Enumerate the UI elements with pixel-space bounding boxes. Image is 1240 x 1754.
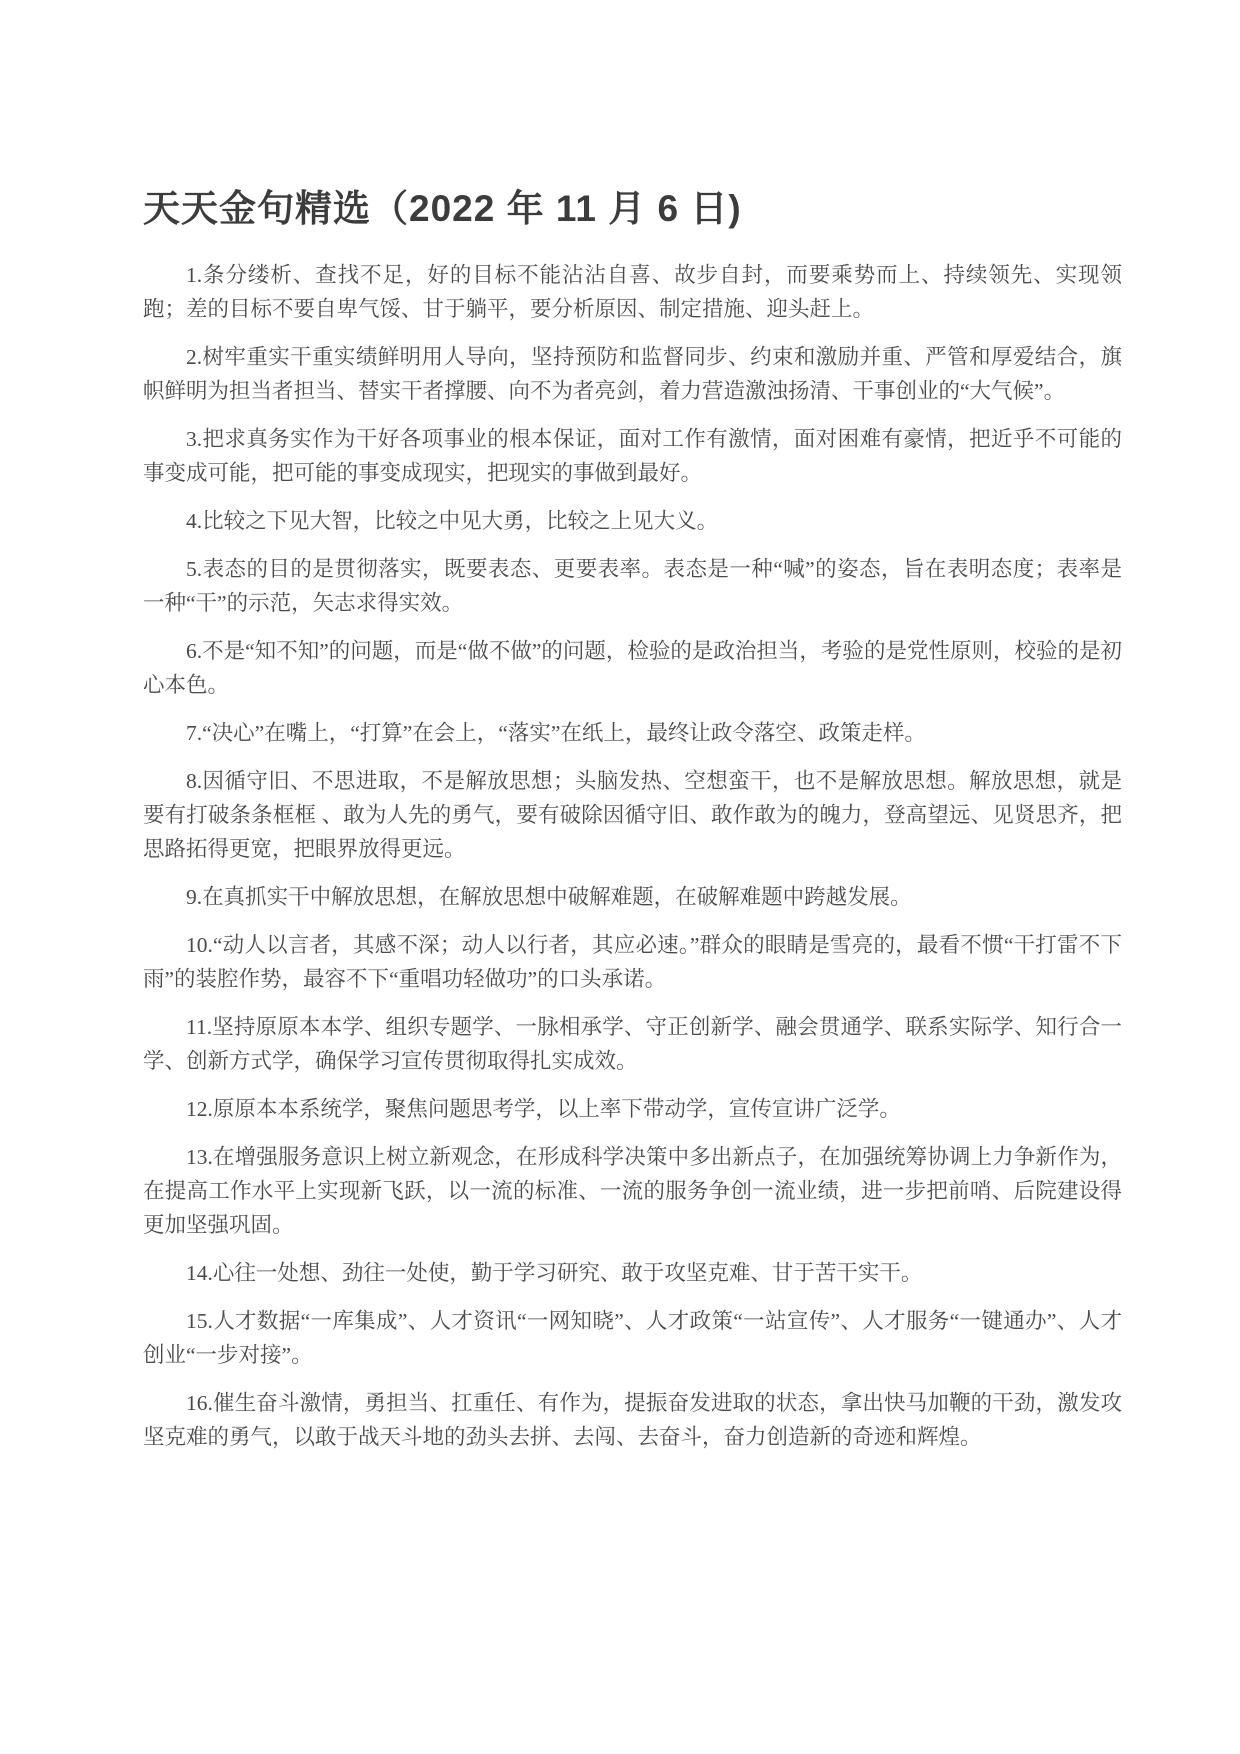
paragraph-12: 12.原原本本系统学，聚焦问题思考学，以上率下带动学，宣传宣讲广泛学。 xyxy=(143,1092,1122,1126)
paragraph-3: 3.把求真务实作为干好各项事业的根本保证，面对工作有激情，面对困难有豪情，把近乎… xyxy=(143,422,1122,490)
paragraph-1: 1.条分缕析、查找不足，好的目标不能沾沾自喜、故步自封，而要乘势而上、持续领先、… xyxy=(143,258,1122,326)
paragraph-10: 10.“动人以言者，其感不深；动人以行者，其应必速。”群众的眼睛是雪亮的，最看不… xyxy=(143,928,1122,996)
document-body: 1.条分缕析、查找不足，好的目标不能沾沾自喜、故步自封，而要乘势而上、持续领先、… xyxy=(143,258,1122,1454)
paragraph-8: 8.因循守旧、不思进取，不是解放思想；头脑发热、空想蛮干，也不是解放思想。解放思… xyxy=(143,764,1122,866)
paragraph-6: 6.不是“知不知”的问题，而是“做不做”的问题，检验的是政治担当，考验的是党性原… xyxy=(143,634,1122,702)
paragraph-14: 14.心往一处想、劲往一处使，勤于学习研究、敢于攻坚克难、甘于苦干实干。 xyxy=(143,1256,1122,1290)
paragraph-2: 2.树牢重实干重实绩鲜明用人导向，坚持预防和监督同步、约束和激励并重、严管和厚爱… xyxy=(143,340,1122,408)
document-page: 天天金句精选（2022 年 11 月 6 日) 1.条分缕析、查找不足，好的目标… xyxy=(0,0,1240,1754)
paragraph-9: 9.在真抓实干中解放思想，在解放思想中破解难题，在破解难题中跨越发展。 xyxy=(143,880,1122,914)
paragraph-11: 11.坚持原原本本学、组织专题学、一脉相承学、守正创新学、融会贯通学、联系实际学… xyxy=(143,1010,1122,1078)
paragraph-15: 15.人才数据“一库集成”、人才资讯“一网知晓”、人才政策“一站宣传”、人才服务… xyxy=(143,1304,1122,1372)
paragraph-13: 13.在增强服务意识上树立新观念，在形成科学决策中多出新点子，在加强统筹协调上力… xyxy=(143,1140,1122,1242)
paragraph-7: 7.“决心”在嘴上，“打算”在会上，“落实”在纸上，最终让政令落空、政策走样。 xyxy=(143,716,1122,750)
document-title: 天天金句精选（2022 年 11 月 6 日) xyxy=(143,186,1122,232)
paragraph-16: 16.催生奋斗激情，勇担当、扛重任、有作为，提振奋发进取的状态，拿出快马加鞭的干… xyxy=(143,1386,1122,1454)
paragraph-5: 5.表态的目的是贯彻落实，既要表态、更要表率。表态是一种“喊”的姿态，旨在表明态… xyxy=(143,552,1122,620)
paragraph-4: 4.比较之下见大智，比较之中见大勇，比较之上见大义。 xyxy=(143,504,1122,538)
